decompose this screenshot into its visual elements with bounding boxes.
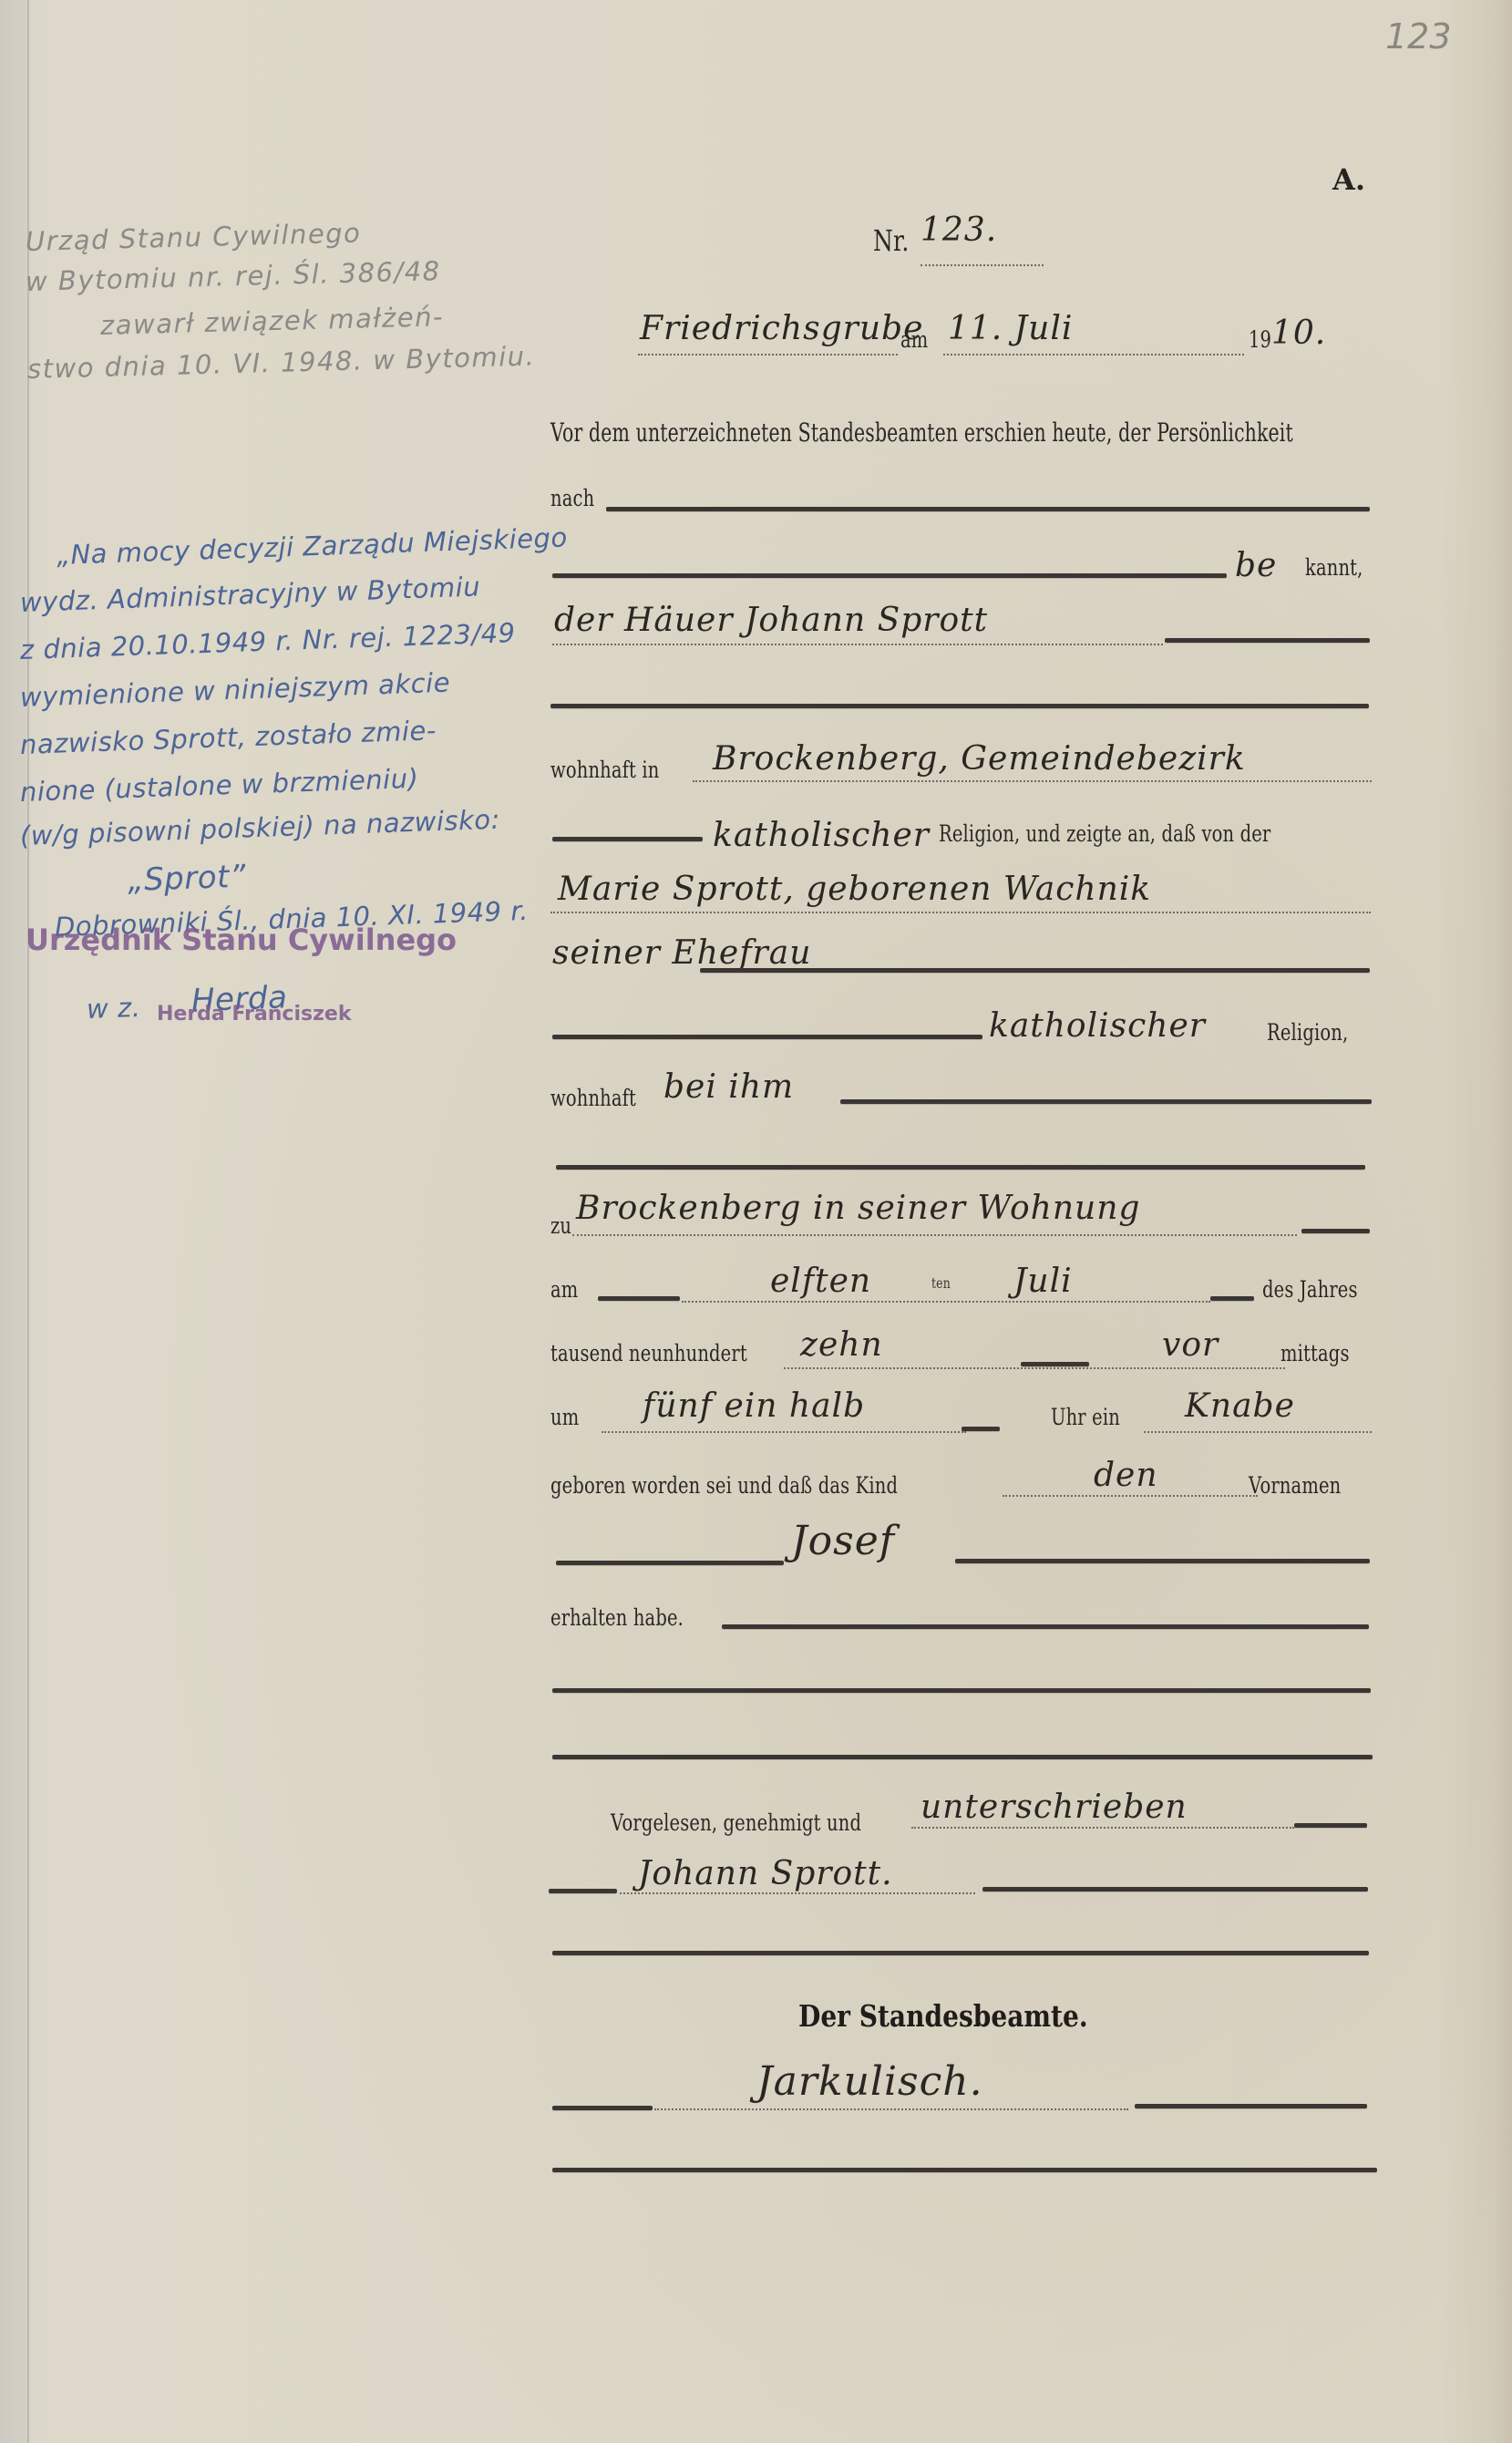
rule bbox=[1165, 638, 1370, 643]
residence-value: Brockenberg, Gemeindebezirk bbox=[713, 740, 1246, 778]
sex-dotted-line bbox=[1144, 1431, 1372, 1433]
time-dotted-line bbox=[602, 1431, 966, 1433]
residence-dotted-line bbox=[693, 780, 1372, 782]
rule bbox=[556, 1561, 784, 1565]
rule bbox=[962, 1427, 1000, 1431]
rule bbox=[556, 1165, 1365, 1170]
vorgelesen-text: Vorgelesen, genehmigt und bbox=[611, 1809, 861, 1836]
birth-place-dotted-line bbox=[572, 1234, 1297, 1236]
official-title: Der Standesbeamte. bbox=[798, 1998, 1088, 2034]
stamp-title: Urzędnik Stanu Cywilnego bbox=[26, 923, 457, 957]
rule bbox=[552, 837, 703, 841]
informant-signature: Johann Sprott. bbox=[638, 1855, 893, 1892]
ink-note-line: nazwisko Sprott, zostało zmie- bbox=[19, 715, 437, 760]
rule bbox=[840, 1099, 1372, 1104]
rule bbox=[1301, 1229, 1370, 1233]
nr-dotted-line bbox=[921, 264, 1044, 266]
relation-value: seiner Ehefrau bbox=[552, 934, 811, 972]
rule bbox=[606, 507, 1370, 511]
rule bbox=[552, 2168, 1377, 2172]
informant-religion: katholischer bbox=[713, 817, 930, 854]
new-surname: „Sprot” bbox=[127, 858, 246, 899]
vorgelesen-dotted-line bbox=[911, 1827, 1294, 1829]
nach-label: nach bbox=[550, 485, 594, 511]
religion-text-1: Religion, und zeigte an, daß von der bbox=[939, 820, 1270, 847]
ten-suffix: ten bbox=[931, 1274, 951, 1292]
ink-note-line: z dnia 20.10.1949 r. Nr. rej. 1223/49 bbox=[19, 617, 516, 665]
official-dotted-line bbox=[654, 2108, 1128, 2110]
rule bbox=[700, 968, 1370, 973]
rule bbox=[552, 1755, 1373, 1759]
vornamen-label: Vornamen bbox=[1249, 1472, 1341, 1499]
birth-date-dotted-line bbox=[682, 1301, 1210, 1303]
zu-label: zu bbox=[550, 1212, 571, 1239]
wohnhaft-label: wohnhaft bbox=[550, 1085, 636, 1111]
rule bbox=[598, 1296, 680, 1301]
ink-note-line: (w/g pisowni polskiej) na nazwisko: bbox=[19, 804, 500, 851]
ink-note-line: „Na mocy decyzji Zarządu Miejskiego bbox=[56, 521, 568, 571]
um-label: um bbox=[550, 1404, 579, 1430]
informant-name: der Häuer Johann Sprott bbox=[554, 602, 988, 639]
tausend-label: tausend neunhundert bbox=[550, 1340, 747, 1366]
official-signature: Jarkulisch. bbox=[756, 2058, 983, 2105]
bekannt-label: kannt, bbox=[1305, 554, 1363, 581]
record-number: 123. bbox=[921, 211, 997, 249]
rule bbox=[722, 1624, 1369, 1629]
rule bbox=[955, 1559, 1370, 1563]
birth-year-word: zehn bbox=[800, 1326, 883, 1364]
rule bbox=[552, 1035, 982, 1039]
am-birth-label: am bbox=[550, 1276, 578, 1303]
wohnhaft-in-label: wohnhaft in bbox=[550, 757, 659, 783]
rule bbox=[552, 1951, 1369, 1955]
child-sex: Knabe bbox=[1185, 1387, 1295, 1425]
mittags-label: mittags bbox=[1281, 1340, 1350, 1366]
rule bbox=[1135, 2104, 1367, 2108]
form-letter: A. bbox=[1332, 162, 1365, 197]
den-dotted-line bbox=[1003, 1495, 1258, 1497]
pencil-note-line: zawarł związek małżeń- bbox=[100, 301, 445, 341]
pencil-note-line: Urząd Stanu Cywilnego bbox=[26, 217, 362, 257]
vorgelesen-value: unterschrieben bbox=[921, 1788, 1188, 1826]
rule bbox=[552, 2106, 653, 2110]
rule bbox=[1294, 1823, 1367, 1828]
bekannt-handwritten: be bbox=[1235, 547, 1277, 584]
ink-signature-prefix: w z. bbox=[86, 992, 141, 1025]
register-page: 123 A. Urząd Stanu Cywilnego w Bytomiu n… bbox=[0, 0, 1512, 2443]
mother-dotted-line bbox=[550, 912, 1371, 913]
rule bbox=[552, 573, 1227, 578]
time-of-day: vor bbox=[1162, 1326, 1219, 1364]
rule bbox=[982, 1887, 1368, 1892]
rule bbox=[552, 1688, 1371, 1693]
religion-text-2: Religion, bbox=[1267, 1019, 1348, 1046]
rule bbox=[1021, 1362, 1089, 1366]
rule bbox=[549, 1889, 617, 1893]
des-jahres-label: des Jahres bbox=[1262, 1276, 1358, 1303]
birth-day: elften bbox=[770, 1263, 871, 1300]
child-given-name: Josef bbox=[791, 1518, 895, 1564]
nr-label: Nr. bbox=[873, 223, 909, 258]
erhalten-label: erhalten habe. bbox=[550, 1604, 684, 1631]
informant-dotted-line bbox=[552, 644, 1163, 645]
date-dotted-line bbox=[943, 354, 1244, 356]
signature-dotted-line bbox=[620, 1892, 975, 1894]
stamp-name: Herda Franciszek bbox=[157, 1003, 351, 1026]
mother-religion: katholischer bbox=[989, 1007, 1206, 1045]
rule bbox=[1210, 1296, 1254, 1301]
mother-name: Marie Sprott, geborenen Wachnik bbox=[558, 871, 1151, 908]
am-label: am bbox=[900, 326, 928, 353]
pencil-note-line: stwo dnia 10. VI. 1948. w Bytomiu. bbox=[27, 340, 536, 385]
rule bbox=[550, 704, 1369, 708]
birth-month: Juli bbox=[1013, 1263, 1073, 1300]
ink-note-line: wymienione w niniejszym akcie bbox=[19, 667, 450, 713]
page-number: 123 bbox=[1385, 16, 1452, 57]
ink-note-line: wydz. Administracyjny w Bytomiu bbox=[19, 571, 480, 618]
year-dotted-line bbox=[784, 1367, 1285, 1369]
year-suffix: 10. bbox=[1271, 314, 1326, 352]
birth-time: fünf ein halb bbox=[643, 1387, 865, 1425]
intro-text: Vor dem unterzeichneten Standesbeamten e… bbox=[550, 417, 1293, 448]
geboren-text: geboren worden sei und daß das Kind bbox=[550, 1472, 898, 1499]
date-value: 11. Juli bbox=[948, 310, 1073, 347]
mother-residence: bei ihm bbox=[663, 1068, 794, 1106]
place-value: Friedrichsgrube bbox=[640, 310, 923, 347]
place-dotted-line bbox=[638, 354, 898, 356]
uhr-ein-label: Uhr ein bbox=[1051, 1404, 1120, 1430]
ink-note-line: nione (ustalone w brzmieniu) bbox=[19, 763, 418, 808]
pencil-note-line: w Bytomiu nr. rej. Śl. 386/48 bbox=[26, 255, 442, 297]
year-prefix: 19 bbox=[1249, 326, 1271, 353]
birth-place: Brockenberg in seiner Wohnung bbox=[576, 1190, 1140, 1227]
den-value: den bbox=[1094, 1457, 1158, 1494]
